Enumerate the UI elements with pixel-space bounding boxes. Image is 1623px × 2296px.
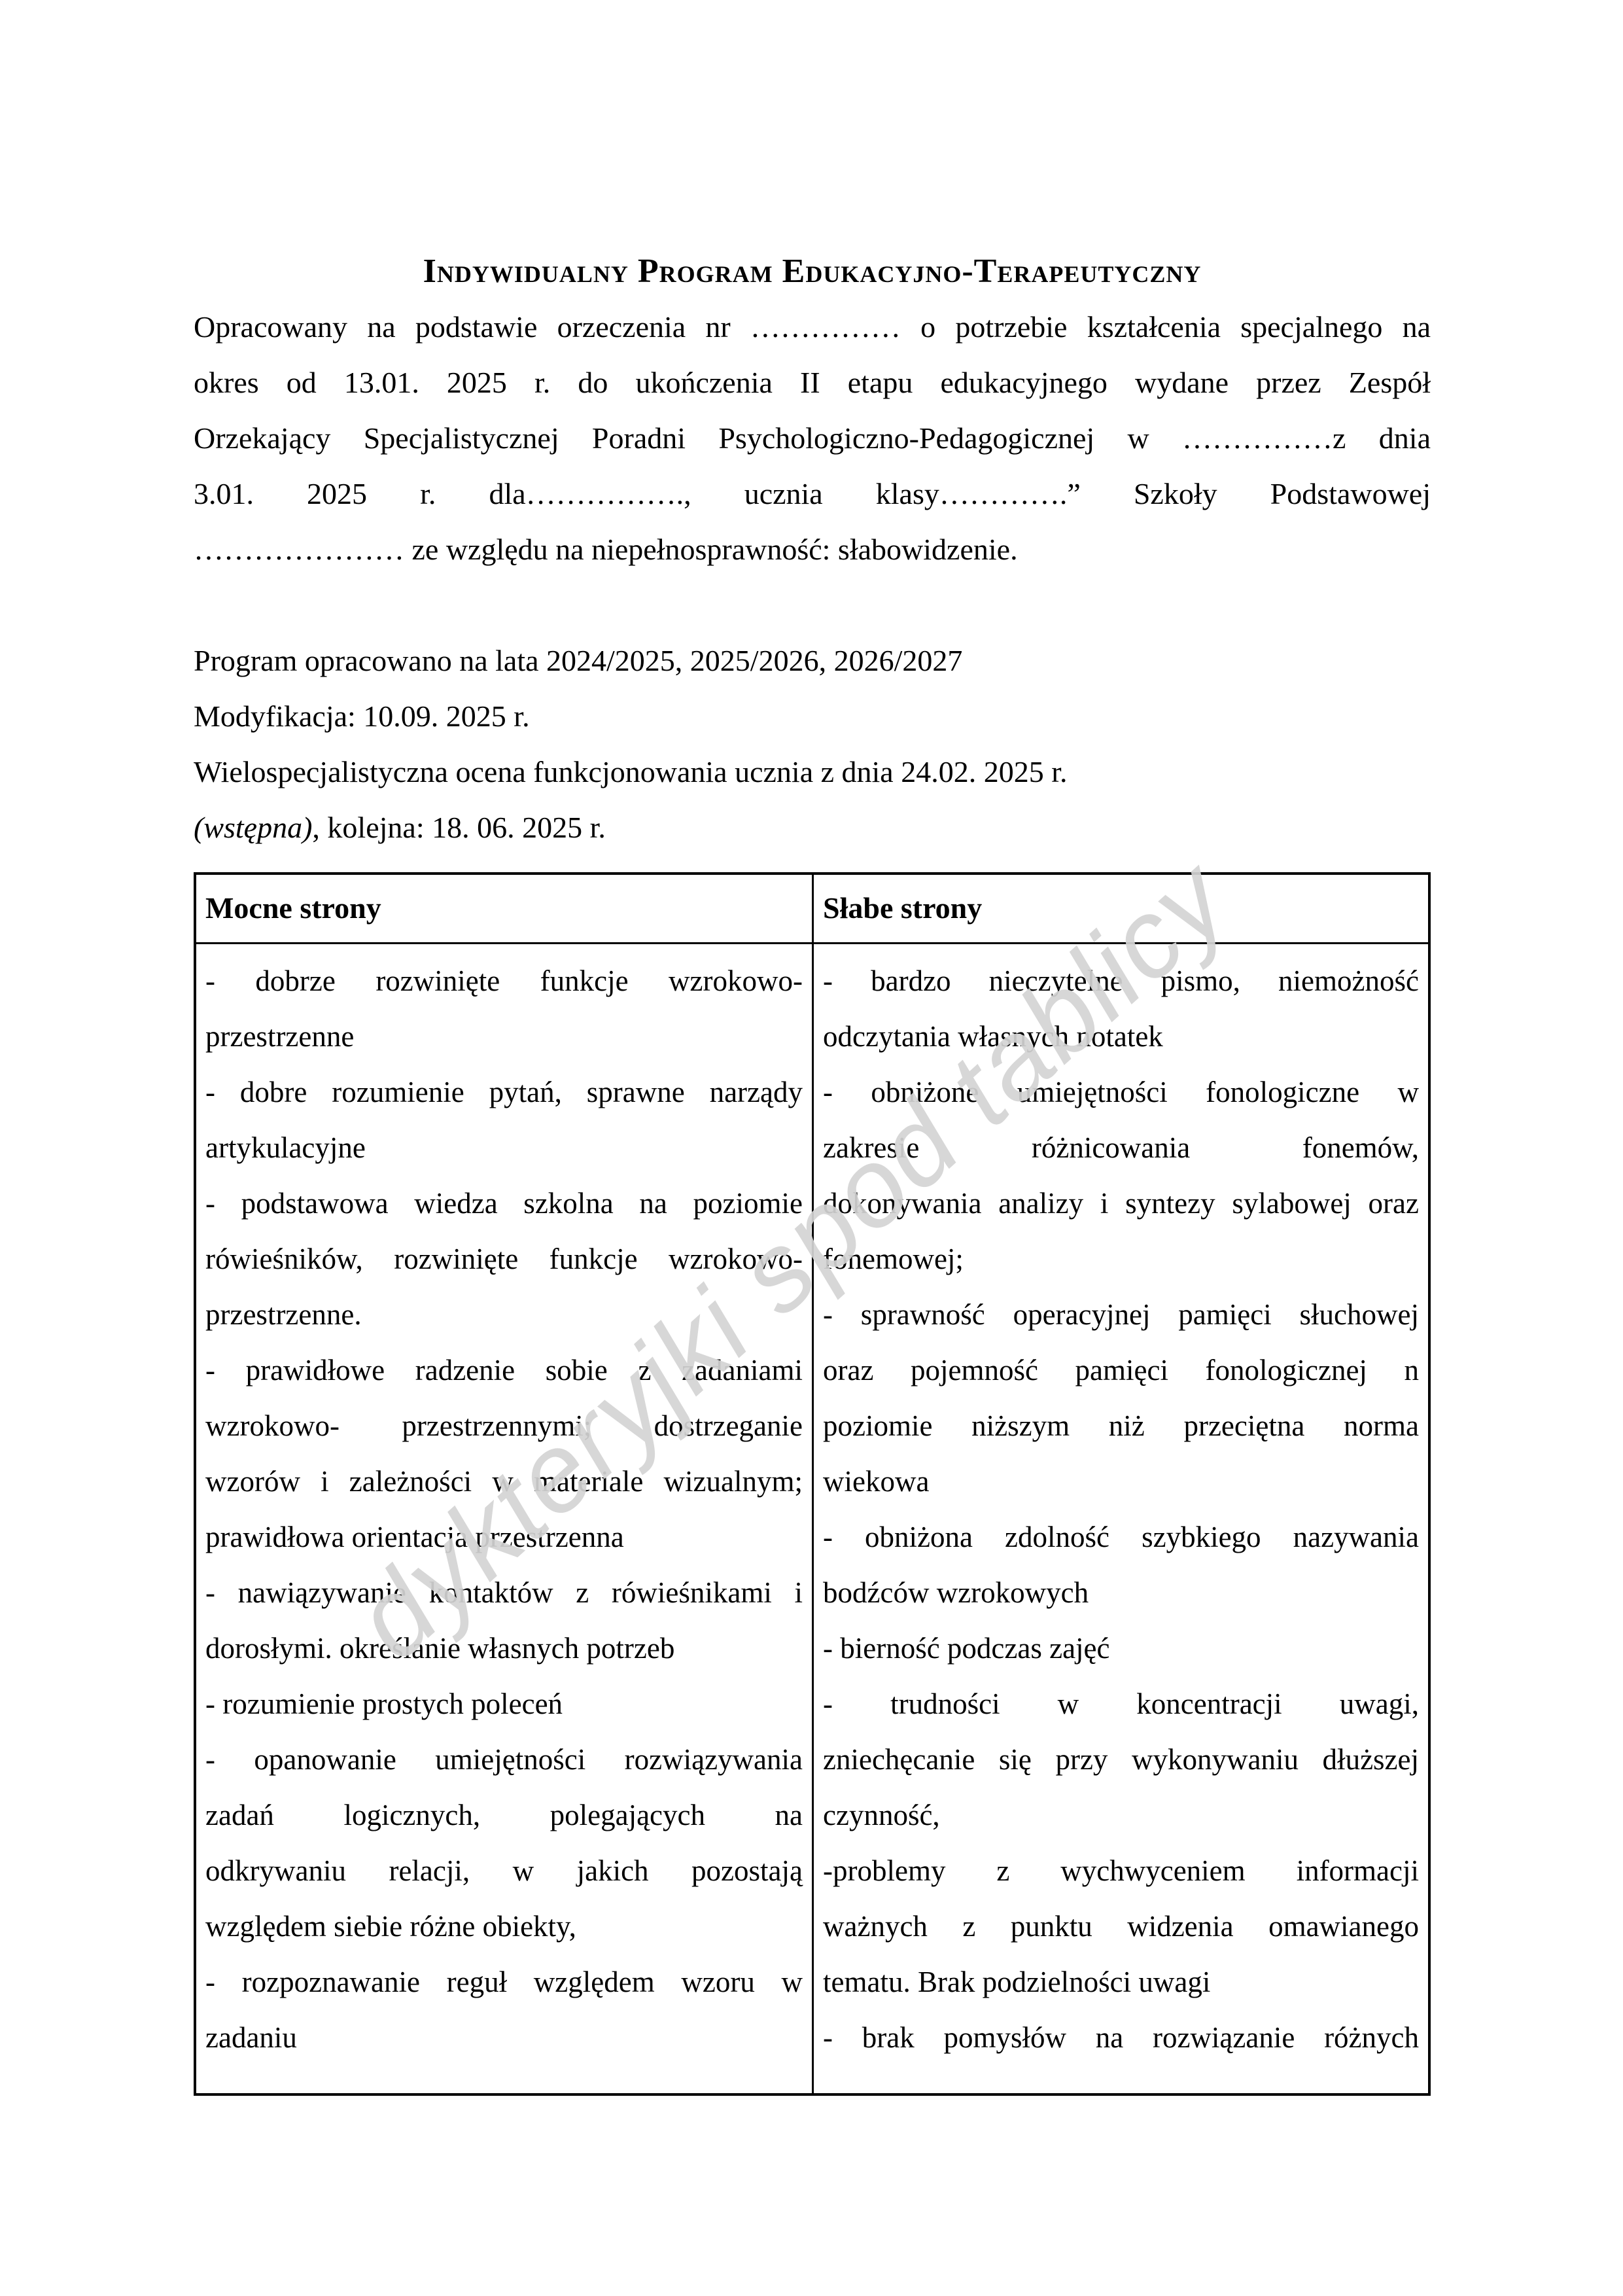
text-line: - bardzo nieczytelne pismo, niemożność: [823, 953, 1419, 1009]
text-line: - opanowanie umiejętności rozwiązywania: [205, 1732, 803, 1788]
text-line: - nawiązywanie kontaktów z rówieśnikami …: [205, 1565, 803, 1621]
text-line: - dobre rozumienie pytań, sprawne narząd…: [205, 1065, 803, 1120]
table-header-weaknesses: Słabe strony: [812, 875, 1428, 944]
text-line: przestrzenne.: [205, 1287, 803, 1343]
text-line: - rozpoznawanie reguł względem wzoru w: [205, 1954, 803, 2010]
text-line: - obniżone umiejętności fonologiczne w: [823, 1065, 1419, 1120]
text-line: wzorów i zależności w materiale wizualny…: [205, 1454, 803, 1510]
text-line: prawidłowa orientacja przestrzenna: [205, 1510, 803, 1565]
text-line: okres od 13.01. 2025 r. do ukończenia II…: [194, 355, 1431, 410]
text-line: 3.01. 2025 r. dla……………., ucznia klasy…………: [194, 466, 1431, 521]
text-line: - brak pomysłów na rozwiązanie różnych: [823, 2010, 1419, 2066]
text-line: - sprawność operacyjnej pamięci słuchowe…: [823, 1287, 1419, 1343]
document-page: Indywidualny Program Edukacyjno-Terapeut…: [0, 0, 1623, 2296]
text-line: artykulacyjne: [205, 1120, 803, 1176]
document-content: Indywidualny Program Edukacyjno-Terapeut…: [194, 243, 1431, 2096]
wstepna-regular-text: , kolejna: 18. 06. 2025 r.: [312, 811, 605, 844]
text-line: - rozumienie prostych poleceń: [205, 1676, 803, 1732]
wstepna-italic-text: (wstępna): [194, 811, 312, 844]
text-line: zadań logicznych, polegających na: [205, 1788, 803, 1843]
text-line: odczytania własnych notatek: [823, 1009, 1419, 1065]
text-line: dorosłymi. określanie własnych potrzeb: [205, 1621, 803, 1676]
text-line: (wstępna), kolejna: 18. 06. 2025 r.: [194, 800, 1431, 855]
text-line: oraz pojemność pamięci fonologicznej n: [823, 1343, 1419, 1398]
document-title: Indywidualny Program Edukacyjno-Terapeut…: [194, 243, 1431, 299]
text-line: - podstawowa wiedza szkolna na poziomie: [205, 1176, 803, 1231]
meta-lines: Program opracowano na lata 2024/2025, 20…: [194, 633, 1431, 800]
text-line: zakresie różnicowania fonemów,: [823, 1120, 1419, 1176]
table-header-strengths: Mocne strony: [196, 875, 812, 944]
intro-paragraph: Opracowany na podstawie orzeczenia nr ………: [194, 299, 1431, 577]
text-line: -problemy z wychwyceniem informacji: [823, 1843, 1419, 1899]
table-cell-strengths: - dobrze rozwinięte funkcje wzrokowo-prz…: [196, 944, 812, 2093]
text-line: poziomie niższym niż przeciętna norma: [823, 1398, 1419, 1454]
text-line: Modyfikacja: 10.09. 2025 r.: [194, 688, 1431, 744]
text-line: odkrywaniu relacji, w jakich pozostają: [205, 1843, 803, 1899]
text-line: - bierność podczas zajęć: [823, 1621, 1419, 1676]
text-line: czynność,: [823, 1788, 1419, 1843]
table-cell-weaknesses: - bardzo nieczytelne pismo, niemożnośćod…: [812, 944, 1428, 2093]
text-line: ważnych z punktu widzenia omawianego: [823, 1899, 1419, 1954]
text-line: zadaniu: [205, 2010, 803, 2066]
text-line: ………………… ze względu na niepełnosprawność:…: [194, 521, 1431, 577]
text-line: Opracowany na podstawie orzeczenia nr ………: [194, 299, 1431, 355]
text-line: bodźców wzrokowych: [823, 1565, 1419, 1621]
text-line: wiekowa: [823, 1454, 1419, 1510]
text-line: rówieśników, rozwinięte funkcje wzrokowo…: [205, 1231, 803, 1287]
text-line: dokonywania analizy i syntezy sylabowej …: [823, 1176, 1419, 1231]
text-line: Wielospecjalistyczna ocena funkcjonowani…: [194, 744, 1431, 800]
text-line: wzrokowo- przestrzennymi; dostrzeganie: [205, 1398, 803, 1454]
strengths-weaknesses-table: Mocne strony Słabe strony - dobrze rozwi…: [194, 872, 1431, 2096]
text-line: względem siebie różne obiekty,: [205, 1899, 803, 1954]
meta-wstepna-line: (wstępna), kolejna: 18. 06. 2025 r.: [194, 800, 1431, 855]
text-line: przestrzenne: [205, 1009, 803, 1065]
text-line: - prawidłowe radzenie sobie z zadaniami: [205, 1343, 803, 1398]
text-line: zniechęcanie się przy wykonywaniu dłuższ…: [823, 1732, 1419, 1788]
text-line: tematu. Brak podzielności uwagi: [823, 1954, 1419, 2010]
text-line: Orzekający Specjalistycznej Poradni Psyc…: [194, 410, 1431, 466]
text-line: - dobrze rozwinięte funkcje wzrokowo-: [205, 953, 803, 1009]
text-line: fonemowej;: [823, 1231, 1419, 1287]
text-line: - obniżona zdolność szybkiego nazywania: [823, 1510, 1419, 1565]
blank-line: [194, 577, 1431, 633]
text-line: - trudności w koncentracji uwagi,: [823, 1676, 1419, 1732]
text-line: Program opracowano na lata 2024/2025, 20…: [194, 633, 1431, 688]
